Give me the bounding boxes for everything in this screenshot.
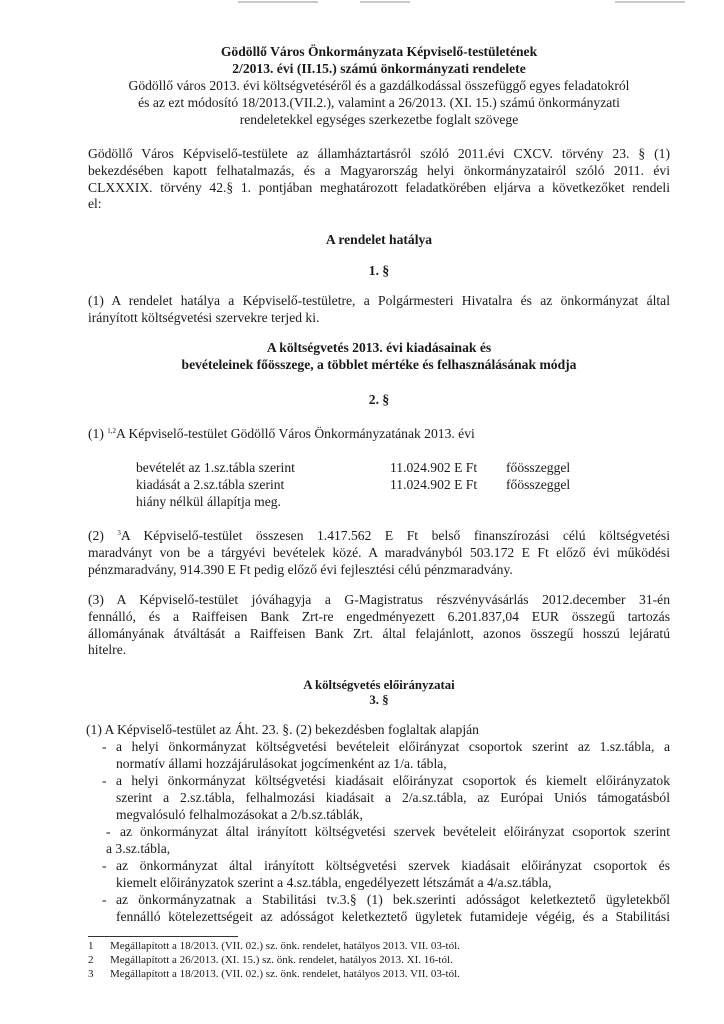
amount-label: kiadását a 2.sz.tábla szerint — [136, 477, 284, 494]
document-page: Gödöllő Város Önkormányzata Képviselő-te… — [0, 0, 724, 1024]
list-item: - a helyi önkormányzat költségvetési bev… — [102, 739, 670, 773]
para-line: pénzmaradvány, 914.390 E Ft pedig előző … — [88, 562, 670, 579]
footnote: 2Megállapított a 26/2013. (XI. 15.) sz. … — [88, 954, 453, 968]
scan-artifact — [0, 0, 724, 8]
footnote-number: 3 — [88, 968, 110, 982]
amount-closing-text: hiány nélkül állapítja meg. — [136, 494, 281, 511]
section-2-para-2: (2) 3A Képviselő-testület összesen 1.417… — [88, 528, 670, 578]
preamble-line: bekezdésében kapott felhatalmazás, és a … — [88, 163, 670, 180]
section-2-para-3: (3) A Képviselő-testület jóváhagyja a G-… — [88, 592, 670, 659]
section-2-sign: 2. § — [88, 392, 670, 409]
section-2-para-1: (1) 1,2A Képviselő-testület Gödöllő Váro… — [88, 426, 670, 443]
list-line: az önkormányzat által irányított költség… — [116, 858, 670, 875]
title-line-1: Gödöllő Város Önkormányzata Képviselő-te… — [88, 44, 670, 61]
dash-bullet: - — [102, 858, 107, 875]
para-line: maradványt von be a tárgyévi bevételek k… — [88, 545, 670, 562]
para-number: (1) — [88, 426, 107, 441]
amount-label: bevételét az 1.sz.tábla szerint — [136, 460, 295, 477]
list-line: szerint a 2.sz.tábla, felhalmozási kiadá… — [116, 790, 670, 807]
section-3-para-1-intro: (1) A Képviselő-testület az Áht. 23. §. … — [86, 722, 668, 739]
section-1-heading: A rendelet hatálya — [88, 232, 670, 249]
list-line: fennálló kötelezettségeit az adósságot k… — [116, 909, 670, 926]
section-1-sign: 1. § — [88, 263, 670, 280]
preamble: Gödöllő Város Képviselő-testülete az áll… — [88, 146, 670, 213]
amount-value: 11.024.902 E Ft — [390, 477, 477, 494]
footnote-text: Megállapított a 18/2013. (VII. 02.) sz. … — [110, 940, 460, 952]
heading-line: A költségvetés 2013. évi kiadásainak és — [88, 340, 670, 357]
para-line: hitelre. — [88, 642, 670, 659]
heading-line: bevételeinek főösszege, a többlet mérték… — [88, 357, 670, 374]
para-line: állományának átváltását a Raiffeisen Ban… — [88, 626, 670, 643]
footnote-separator — [88, 936, 238, 937]
para-text: A Képviselő-testület Gödöllő Város Önkor… — [116, 426, 475, 441]
footnote-text: Megállapított a 18/2013. (VII. 02.) sz. … — [110, 968, 460, 980]
footnote: 1Megállapított a 18/2013. (VII. 02.) sz.… — [88, 940, 460, 954]
para-line: (2) 3A Képviselő-testület összesen 1.417… — [88, 528, 670, 545]
footnote: 3Megállapított a 18/2013. (VII. 02.) sz.… — [88, 968, 460, 982]
preamble-line: el: — [88, 196, 670, 213]
dash-bullet: - — [102, 739, 107, 756]
list-line: az önkormányzat által irányított költség… — [120, 824, 670, 841]
list-item: - az önkormányzatnak a Stabilitási tv.3.… — [102, 892, 670, 926]
footnote-ref[interactable]: 1,2 — [107, 427, 116, 435]
footnote-number: 1 — [88, 940, 110, 954]
section-3-sign: 3. § — [88, 692, 670, 709]
section-2-heading: A költségvetés 2013. évi kiadásainak és … — [88, 340, 670, 374]
list-line: az önkormányzatnak a Stabilitási tv.3.§ … — [116, 892, 670, 909]
section-1-para-1: (1) A rendelet hatálya a Képviselő-testü… — [88, 293, 670, 327]
amount-value: 11.024.902 E Ft — [390, 460, 477, 477]
list-line: normatív állami hozzájárulásokat jogcíme… — [116, 756, 670, 773]
para-line: (1) A rendelet hatálya a Képviselő-testü… — [88, 293, 670, 310]
footnote-text: Megállapított a 26/2013. (XI. 15.) sz. ö… — [110, 954, 453, 966]
subtitle-line-3: rendeletekkel egységes szerkezetbe fogla… — [88, 112, 670, 129]
list-line: megvalósuló felhalmozásokat a 2/b.sz.táb… — [116, 807, 670, 824]
preamble-line: Gödöllő Város Képviselő-testülete az áll… — [88, 146, 670, 163]
footnote-number: 2 — [88, 954, 110, 968]
list-line: a helyi önkormányzat költségvetési bevét… — [116, 739, 670, 756]
subtitle-line-1: Gödöllő város 2013. évi költségvetéséről… — [88, 78, 670, 95]
para-line: irányított költségvetési szervekre terje… — [88, 310, 670, 327]
amount-suffix: főösszeggel — [506, 460, 570, 477]
dash-bullet: - — [102, 773, 107, 790]
para-text: A Képviselő-testület összesen 1.417.562 … — [121, 528, 670, 543]
list-line: kiemelt előirányzatok szerint a 4.sz.táb… — [116, 875, 670, 892]
list-item: - az önkormányzat által irányított költs… — [102, 858, 670, 892]
document-subtitle: Gödöllő város 2013. évi költségvetéséről… — [88, 78, 670, 128]
list-item: - az önkormányzat által irányított költs… — [106, 824, 670, 858]
amount-suffix: főösszeggel — [506, 477, 570, 494]
preamble-line: CLXXXIX. törvény 42.§ 1. pontjában megha… — [88, 180, 670, 197]
document-title: Gödöllő Város Önkormányzata Képviselő-te… — [88, 44, 670, 78]
dash-bullet: - — [106, 824, 111, 841]
dash-bullet: - — [102, 892, 107, 909]
list-item: - a helyi önkormányzat költségvetési kia… — [102, 773, 670, 823]
para-line: fennálló, és a Raiffeisen Bank Zrt-re en… — [88, 609, 670, 626]
para-number: (2) — [88, 528, 117, 543]
title-line-2: 2/2013. évi (II.15.) számú önkormányzati… — [88, 61, 670, 78]
list-line: a helyi önkormányzat költségvetési kiadá… — [116, 773, 670, 790]
list-line: a 3.sz.tábla, — [106, 841, 670, 858]
para-line: (3) A Képviselő-testület jóváhagyja a G-… — [88, 592, 670, 609]
subtitle-line-2: és az ezt módosító 18/2013.(VII.2.), val… — [88, 95, 670, 112]
